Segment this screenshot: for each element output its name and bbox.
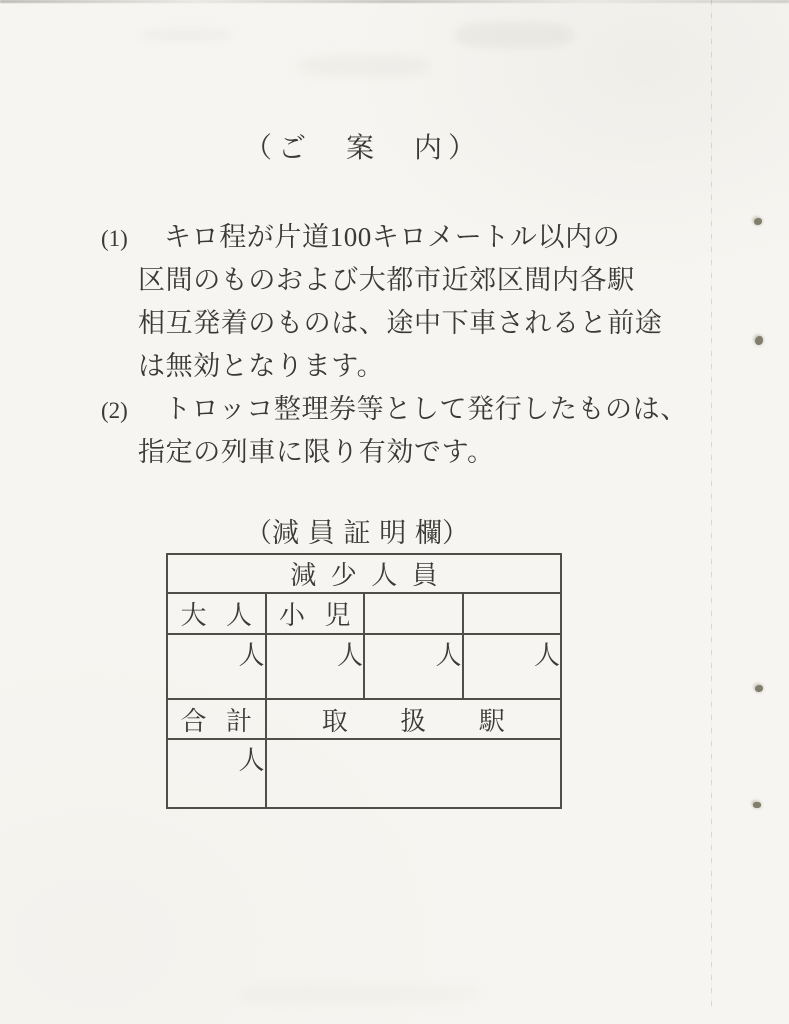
unit-cell-adult: 人 xyxy=(167,634,266,699)
label-cell-total: 合 計 xyxy=(167,699,266,739)
label-cell-child: 小 児 xyxy=(266,593,365,634)
notice-1-marker: (1) xyxy=(101,217,128,260)
label-cell-adult: 大 人 xyxy=(167,593,266,634)
unit-cell-child: 人 xyxy=(266,634,365,699)
notice-text: トロッコ整理券等として発行したものは、 xyxy=(138,394,688,424)
notice-2-line-1: (2) トロッコ整理券等として発行したものは、 xyxy=(138,388,658,431)
table-unit-row: 人 人 人 人 xyxy=(167,634,561,699)
notice-text: キロ程が片道100キロメートル以内の xyxy=(138,222,620,252)
notice-text: 区間のものおよび大都市近郊区間内各駅 xyxy=(138,265,635,295)
bleedthrough-smudge xyxy=(140,28,232,42)
notice-2-marker: (2) xyxy=(101,389,128,432)
table-label-row: 大 人 小 児 xyxy=(167,593,561,634)
scan-speck xyxy=(754,218,762,225)
label-cell-blank-2 xyxy=(463,593,562,634)
bleedthrough-smudge xyxy=(455,22,573,48)
notice-1-line-3: 相互発着のものは、途中下車されると前途 xyxy=(138,302,658,345)
unit-cell-blank-1: 人 xyxy=(364,634,463,699)
notice-text: は無効となります。 xyxy=(138,351,384,381)
scan-fold-line xyxy=(711,0,712,1008)
table-total-unit-row: 人 xyxy=(167,739,561,808)
station-entry-cell xyxy=(266,739,562,808)
notice-2-line-2: 指定の列車に限り有効です。 xyxy=(138,431,658,474)
scan-speck xyxy=(755,685,763,692)
notice-text: 相互発着のものは、途中下車されると前途 xyxy=(138,308,662,338)
certificate-table: 減 少 人 員 大 人 小 児 人 人 人 人 合 計 取 扱 駅 人 xyxy=(166,553,562,809)
table-total-row: 合 計 取 扱 駅 xyxy=(167,699,561,739)
notice-1-line-4: は無効となります。 xyxy=(138,345,658,388)
scan-speck xyxy=(753,802,761,808)
notice-1-line-2: 区間のものおよび大都市近郊区間内各駅 xyxy=(138,259,658,302)
notice-text: 指定の列車に限り有効です。 xyxy=(138,437,495,467)
unit-cell-total: 人 xyxy=(167,739,266,808)
scan-top-edge xyxy=(0,0,789,3)
notice-1-line-1: (1) キロ程が片道100キロメートル以内の xyxy=(138,216,658,259)
table-header-row: 減 少 人 員 xyxy=(167,554,561,593)
header-cell-reduced-persons: 減 少 人 員 xyxy=(167,554,561,593)
notice-list: (1) キロ程が片道100キロメートル以内の 区間のものおよび大都市近郊区間内各… xyxy=(138,216,658,474)
bleedthrough-smudge xyxy=(298,55,430,77)
label-cell-blank-1 xyxy=(364,593,463,634)
scan-speck xyxy=(755,336,763,345)
page-title: （ご 案 内） xyxy=(244,132,482,166)
certificate-caption: （減 員 証 明 欄） xyxy=(160,511,554,550)
scanned-page: （ご 案 内） (1) キロ程が片道100キロメートル以内の 区間のものおよび大… xyxy=(0,0,789,1024)
bleedthrough-smudge xyxy=(238,985,478,1003)
unit-cell-blank-2: 人 xyxy=(463,634,562,699)
label-cell-station: 取 扱 駅 xyxy=(266,699,562,739)
